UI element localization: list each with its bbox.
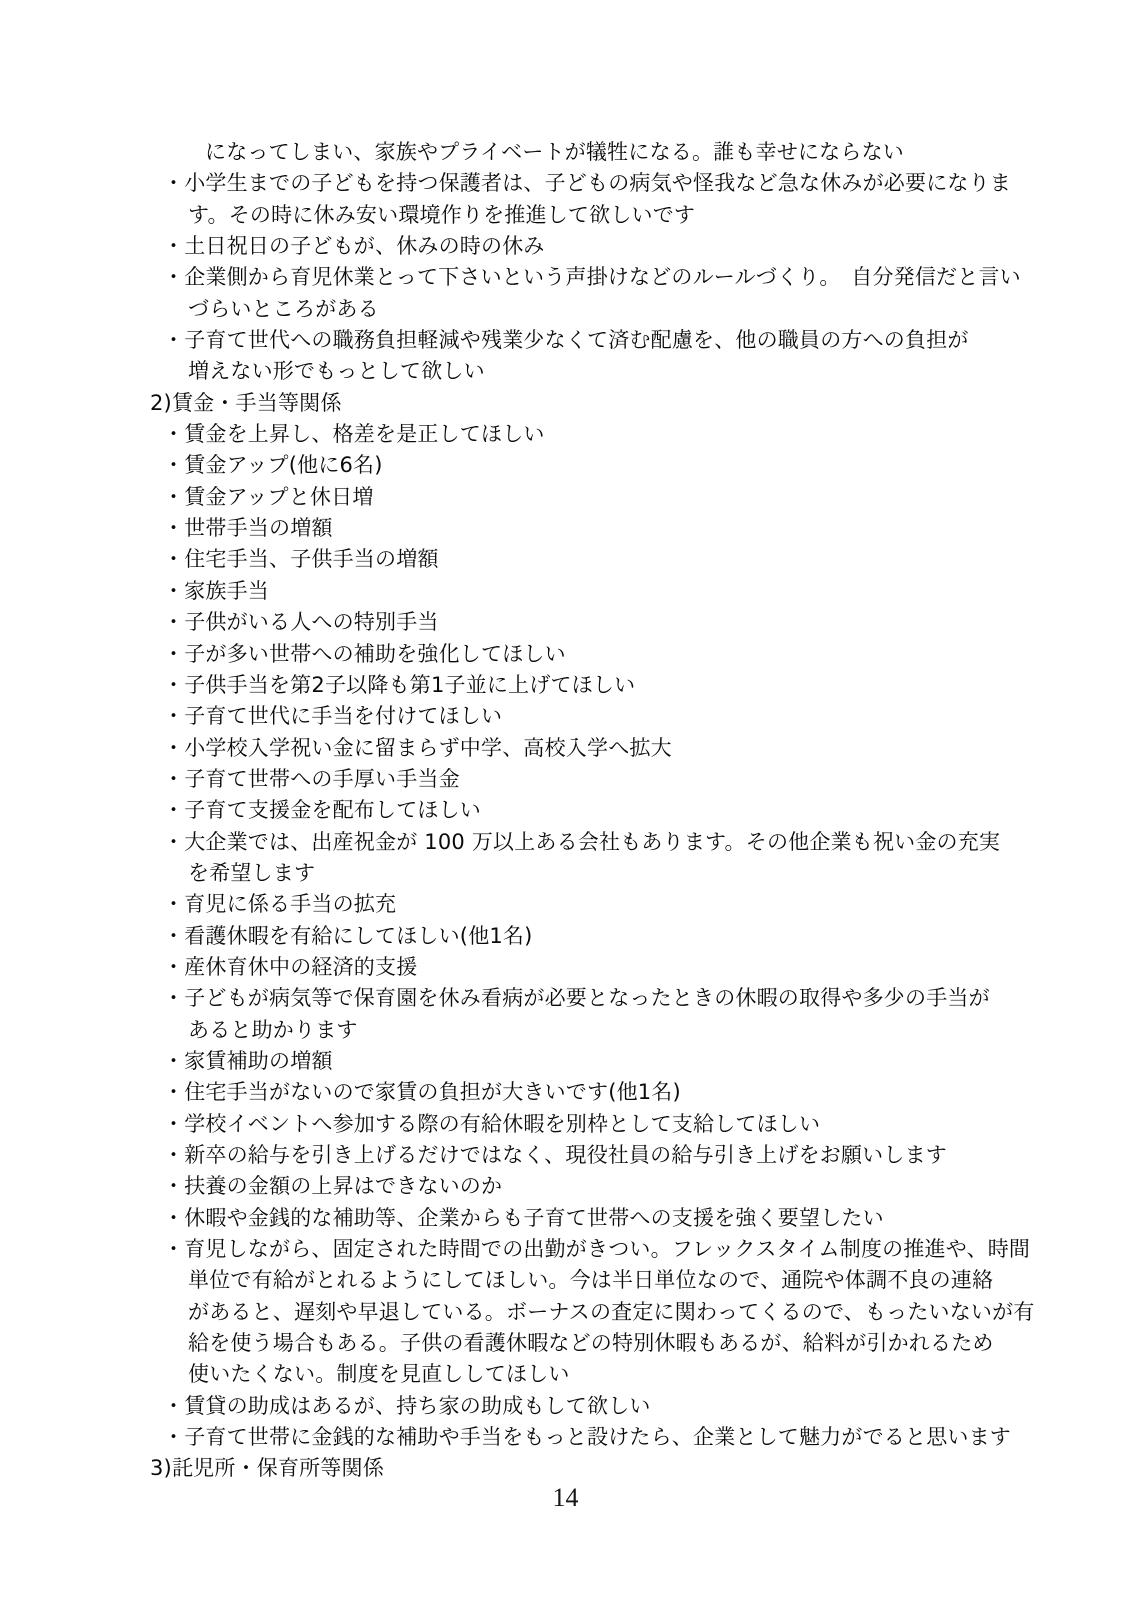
text-line: を希望します bbox=[150, 858, 1020, 889]
section-heading: 3)託児所・保育所等関係 bbox=[150, 1453, 1020, 1484]
text-line: ・賃金アップと休日増 bbox=[150, 482, 1020, 513]
text-line: ・子どもが病気等で保育園を休み看病が必要となったときの休暇の取得や多少の手当が bbox=[150, 983, 1020, 1014]
text-line: ・育児に係る手当の拡充 bbox=[150, 889, 1020, 920]
text-line: ・大企業では、出産祝金が 100 万以上ある会社もあります。その他企業も祝い金の… bbox=[150, 827, 1020, 858]
text-line: ・子供がいる人への特別手当 bbox=[150, 607, 1020, 638]
text-line: ・企業側から育児休業とって下さいという声掛けなどのルールづくり。 自分発信だと言… bbox=[150, 262, 1020, 293]
text-line: ・小学生までの子どもを持つ保護者は、子どもの病気や怪我など急な休みが必要になりま bbox=[150, 168, 1020, 199]
page-number: 14 bbox=[0, 1483, 1131, 1513]
text-line: になってしまい、家族やプライベートが犠牲になる。誰も幸せにならない bbox=[150, 137, 1020, 168]
text-line: ・子供手当を第2子以降も第1子並に上げてほしい bbox=[150, 670, 1020, 701]
text-line: 単位で有給がとれるようにしてほしい。今は半日単位なので、通院や体調不良の連絡 bbox=[150, 1265, 1020, 1296]
text-line: ・賃貸の助成はあるが、持ち家の助成もして欲しい bbox=[150, 1391, 1020, 1422]
text-line: 給を使う場合もある。子供の看護休暇などの特別休暇もあるが、給料が引かれるため bbox=[150, 1328, 1020, 1359]
text-line: あると助かります bbox=[150, 1015, 1020, 1046]
text-line: ・住宅手当がないので家賃の負担が大きいです(他1名) bbox=[150, 1077, 1020, 1108]
text-line: 増えない形でもっとして欲しい bbox=[150, 356, 1020, 387]
text-line: ・子育て世帯への手厚い手当金 bbox=[150, 764, 1020, 795]
text-line: ・家賃補助の増額 bbox=[150, 1046, 1020, 1077]
text-line: ・土日祝日の子どもが、休みの時の休み bbox=[150, 231, 1020, 262]
text-line: ・住宅手当、子供手当の増額 bbox=[150, 544, 1020, 575]
text-line: ・賃金アップ(他に6名) bbox=[150, 450, 1020, 481]
text-line: ・休暇や金銭的な補助等、企業からも子育て世帯への支援を強く要望したい bbox=[150, 1203, 1020, 1234]
text-line: ・子育て世代への職務負担軽減や残業少なくて済む配慮を、他の職員の方への負担が bbox=[150, 325, 1020, 356]
document-body: になってしまい、家族やプライベートが犠牲になる。誰も幸せにならない・小学生までの… bbox=[150, 137, 1020, 1485]
text-line: す。その時に休み安い環境作りを推進して欲しいです bbox=[150, 200, 1020, 231]
text-line: ・看護休暇を有給にしてほしい(他1名) bbox=[150, 921, 1020, 952]
text-line: ・育児しながら、固定された時間での出勤がきつい。フレックスタイム制度の推進や、時… bbox=[150, 1234, 1020, 1265]
text-line: ・世帯手当の増額 bbox=[150, 513, 1020, 544]
text-line: ・学校イベントへ参加する際の有給休暇を別枠として支給してほしい bbox=[150, 1109, 1020, 1140]
section-heading: 2)賃金・手当等関係 bbox=[150, 388, 1020, 419]
text-line: ・扶養の金額の上昇はできないのか bbox=[150, 1171, 1020, 1202]
text-line: ・子育て世代に手当を付けてほしい bbox=[150, 701, 1020, 732]
text-line: ・子育て世帯に金銭的な補助や手当をもっと設けたら、企業として魅力がでると思います bbox=[150, 1422, 1020, 1453]
text-line: ・産休育休中の経済的支援 bbox=[150, 952, 1020, 983]
document-page: になってしまい、家族やプライベートが犠牲になる。誰も幸せにならない・小学生までの… bbox=[0, 0, 1131, 1600]
text-line: ・小学校入学祝い金に留まらず中学、高校入学へ拡大 bbox=[150, 733, 1020, 764]
text-line: ・子育て支援金を配布してほしい bbox=[150, 795, 1020, 826]
text-line: ・新卒の給与を引き上げるだけではなく、現役社員の給与引き上げをお願いします bbox=[150, 1140, 1020, 1171]
text-line: ・賃金を上昇し、格差を是正してほしい bbox=[150, 419, 1020, 450]
text-line: があると、遅刻や早退している。ボーナスの査定に関わってくるので、もったいないが有 bbox=[150, 1297, 1020, 1328]
text-line: ・子が多い世帯への補助を強化してほしい bbox=[150, 639, 1020, 670]
text-line: ・家族手当 bbox=[150, 576, 1020, 607]
text-line: づらいところがある bbox=[150, 294, 1020, 325]
text-line: 使いたくない。制度を見直ししてほしい bbox=[150, 1359, 1020, 1390]
